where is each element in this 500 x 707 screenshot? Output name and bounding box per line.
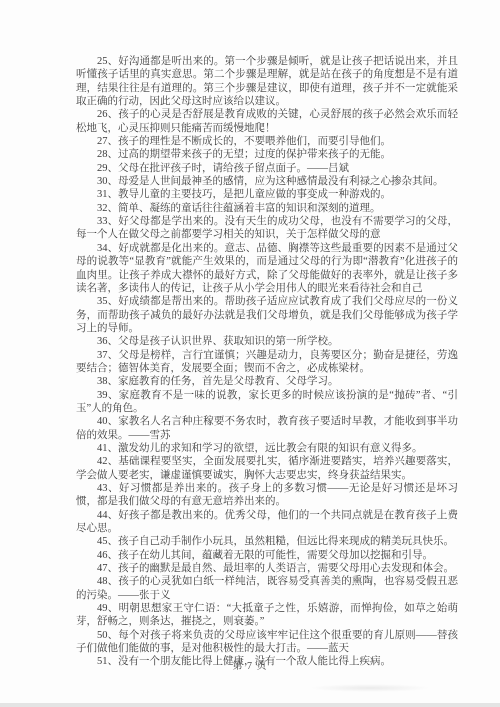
quote-paragraph: 42、基础课程要坚实，全面发展要扎实，循序渐进要踏实，培养兴趣要落实，学会做人要… bbox=[76, 455, 458, 482]
quote-paragraph: 47、孩子的幽默是最自然、最坦率的人类语言，需要父母用心去发现和体会。 bbox=[76, 562, 458, 575]
page-number: 第 7 页 bbox=[0, 657, 500, 672]
quote-paragraph: 46、孩子在幼儿其间，蕴藏着无限的可能性，需要父母加以挖掘和引导。 bbox=[76, 549, 458, 562]
quote-paragraph: 28、过高的期望带来孩子的无望；过度的保护带来孩子的无能。 bbox=[76, 148, 458, 161]
quote-paragraph: 36、父母是孩子认识世界、获取知识的第一所学校。 bbox=[76, 335, 458, 348]
quote-paragraph: 26、孩子的心灵是否舒展是教育成败的关键，心灵舒展的孩子必然会欢乐而轻松地飞，心… bbox=[76, 108, 458, 135]
quote-paragraph: 31、教导儿童的主要技巧，是把儿童应做的事变成一种游戏的。 bbox=[76, 188, 458, 201]
quote-paragraph: 37、父母是榜样，言行宜谨慎；兴趣是动力，良莠要区分；勤奋是捷径，劳逸要结合；德… bbox=[76, 349, 458, 376]
quote-paragraph: 40、家教名人名言种庄稼要不务农时，教育孩子要适时早教，才能收到事半功倍的效果。… bbox=[76, 415, 458, 442]
document-page: 25、好沟通都是听出来的。第一个步骤是倾听，就是让孩子把话说出来，并且听懂孩子话… bbox=[0, 0, 500, 707]
quote-paragraph: 45、孩子自己动手制作小玩具，虽然粗糙，但远比得来现成的精美玩具快乐。 bbox=[76, 535, 458, 548]
quote-paragraph: 41、激发幼儿的求知和学习的欲望，远比教会有限的知识有意义得多。 bbox=[76, 442, 458, 455]
quote-paragraph: 30、母爱是人世间最神圣的感情，应为这种感情最没有利禄之心掺杂其间。 bbox=[76, 175, 458, 188]
quote-paragraph: 35、好成绩都是帮出来的。帮助孩子适应应试教育成了我们父母应尽的一份义务，而帮助… bbox=[76, 295, 458, 335]
quote-list: 25、好沟通都是听出来的。第一个步骤是倾听，就是让孩子把话说出来，并且听懂孩子话… bbox=[76, 55, 458, 669]
quote-paragraph: 27、孩子的理性是不断成长的，不要喂养他们，而要引导他们。 bbox=[76, 135, 458, 148]
quote-paragraph: 32、简单、凝练的童话往往蕴涵着丰富的知识和深刻的道理。 bbox=[76, 202, 458, 215]
page-bottom-edge bbox=[0, 703, 500, 707]
quote-paragraph: 38、家庭教育的任务，首先是父母教育、父母学习。 bbox=[76, 375, 458, 388]
scan-artifact bbox=[310, 684, 430, 692]
quote-paragraph: 39、家庭教育不是一味的说教，家长更多的时候应该扮演的是“抛砖”者、“引玉”人的… bbox=[76, 389, 458, 416]
quote-paragraph: 43、好习惯都是养出来的。孩子身上的多数习惯——无论是好习惯还是坏习惯，都是我们… bbox=[76, 482, 458, 509]
quote-paragraph: 33、好父母都是学出来的。没有天生的成功父母，也没有不需要学习的父母，每一个人在… bbox=[76, 215, 458, 242]
quote-paragraph: 25、好沟通都是听出来的。第一个步骤是倾听，就是让孩子把话说出来，并且听懂孩子话… bbox=[76, 55, 458, 108]
quote-paragraph: 44、好孩子都是教出来的。优秀父母，他们的一个共同点就是在教育孩子上费尽心思。 bbox=[76, 509, 458, 536]
quote-paragraph: 49、明朝思想家王守仁语：“大抵童子之性，乐嬉游，而惮拘俭，如草之始萌芽，舒畅之… bbox=[76, 602, 458, 629]
quote-paragraph: 34、好成就都是化出来的。意志、品德、胸襟等这些最重要的因素不是通过父母的说教等… bbox=[76, 242, 458, 295]
quote-paragraph: 29、父母在批评孩子时，请给孩子留点面子。——吕斌 bbox=[76, 162, 458, 175]
quote-paragraph: 48、孩子的心灵犹如白纸一样纯洁，既容易受真善美的熏陶，也容易受假丑恶的污染。—… bbox=[76, 575, 458, 602]
quote-paragraph: 50、每个对孩子将来负责的父母应该牢牢记住这个很重要的育儿原则——替孩子们做他们… bbox=[76, 629, 458, 656]
